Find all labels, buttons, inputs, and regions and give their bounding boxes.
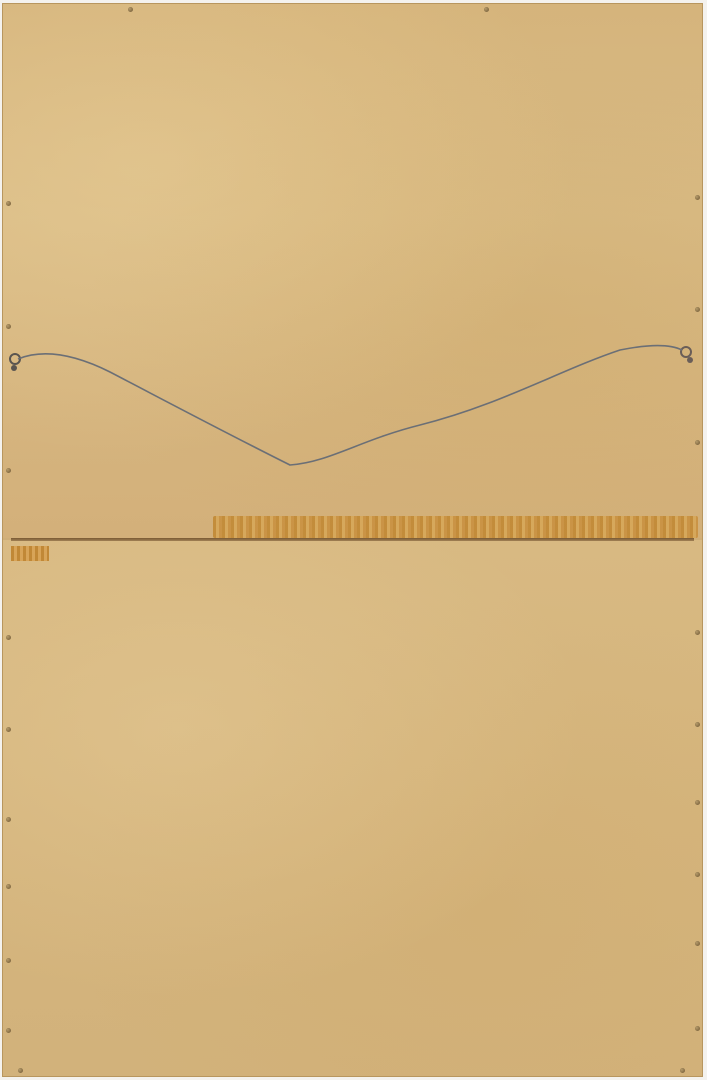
right-screw: [687, 357, 693, 363]
left-screw: [11, 365, 17, 371]
wire: [18, 346, 682, 466]
wire-hanger: [0, 0, 707, 1080]
right-eye-hook: [681, 347, 691, 357]
